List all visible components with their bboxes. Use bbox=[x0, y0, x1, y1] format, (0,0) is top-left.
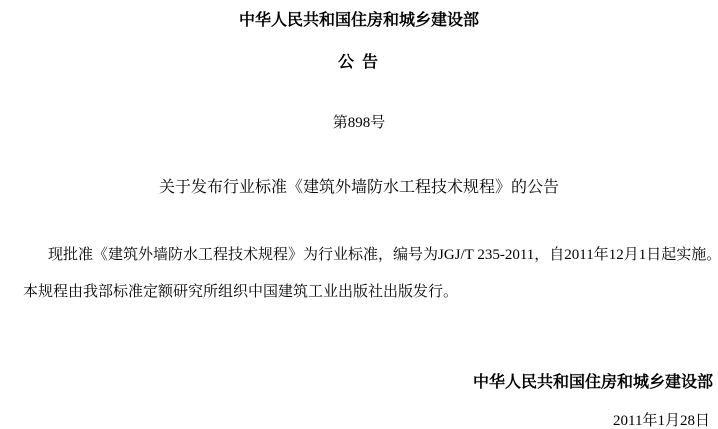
body-paragraph-approval: 现批准《建筑外墙防水工程技术规程》为行业标准，编号为JGJ/T 235-2011… bbox=[48, 243, 718, 264]
body-paragraph-publishing: 本规程由我部标准定额研究所组织中国建筑工业出版社出版发行。 bbox=[23, 280, 458, 301]
announcement-title: 公 告 bbox=[0, 49, 718, 72]
signature-issuer: 中华人民共和国住房和城乡建设部 bbox=[473, 369, 713, 392]
subject-heading: 关于发布行业标准《建筑外墙防水工程技术规程》的公告 bbox=[0, 174, 718, 197]
signature-date: 2011年1月28日 bbox=[613, 409, 710, 429]
document-number: 第898号 bbox=[0, 111, 718, 132]
ministry-header: 中华人民共和国住房和城乡建设部 bbox=[0, 7, 718, 30]
announcement-document: 中华人民共和国住房和城乡建设部 公 告 第898号 关于发布行业标准《建筑外墙防… bbox=[0, 0, 718, 429]
